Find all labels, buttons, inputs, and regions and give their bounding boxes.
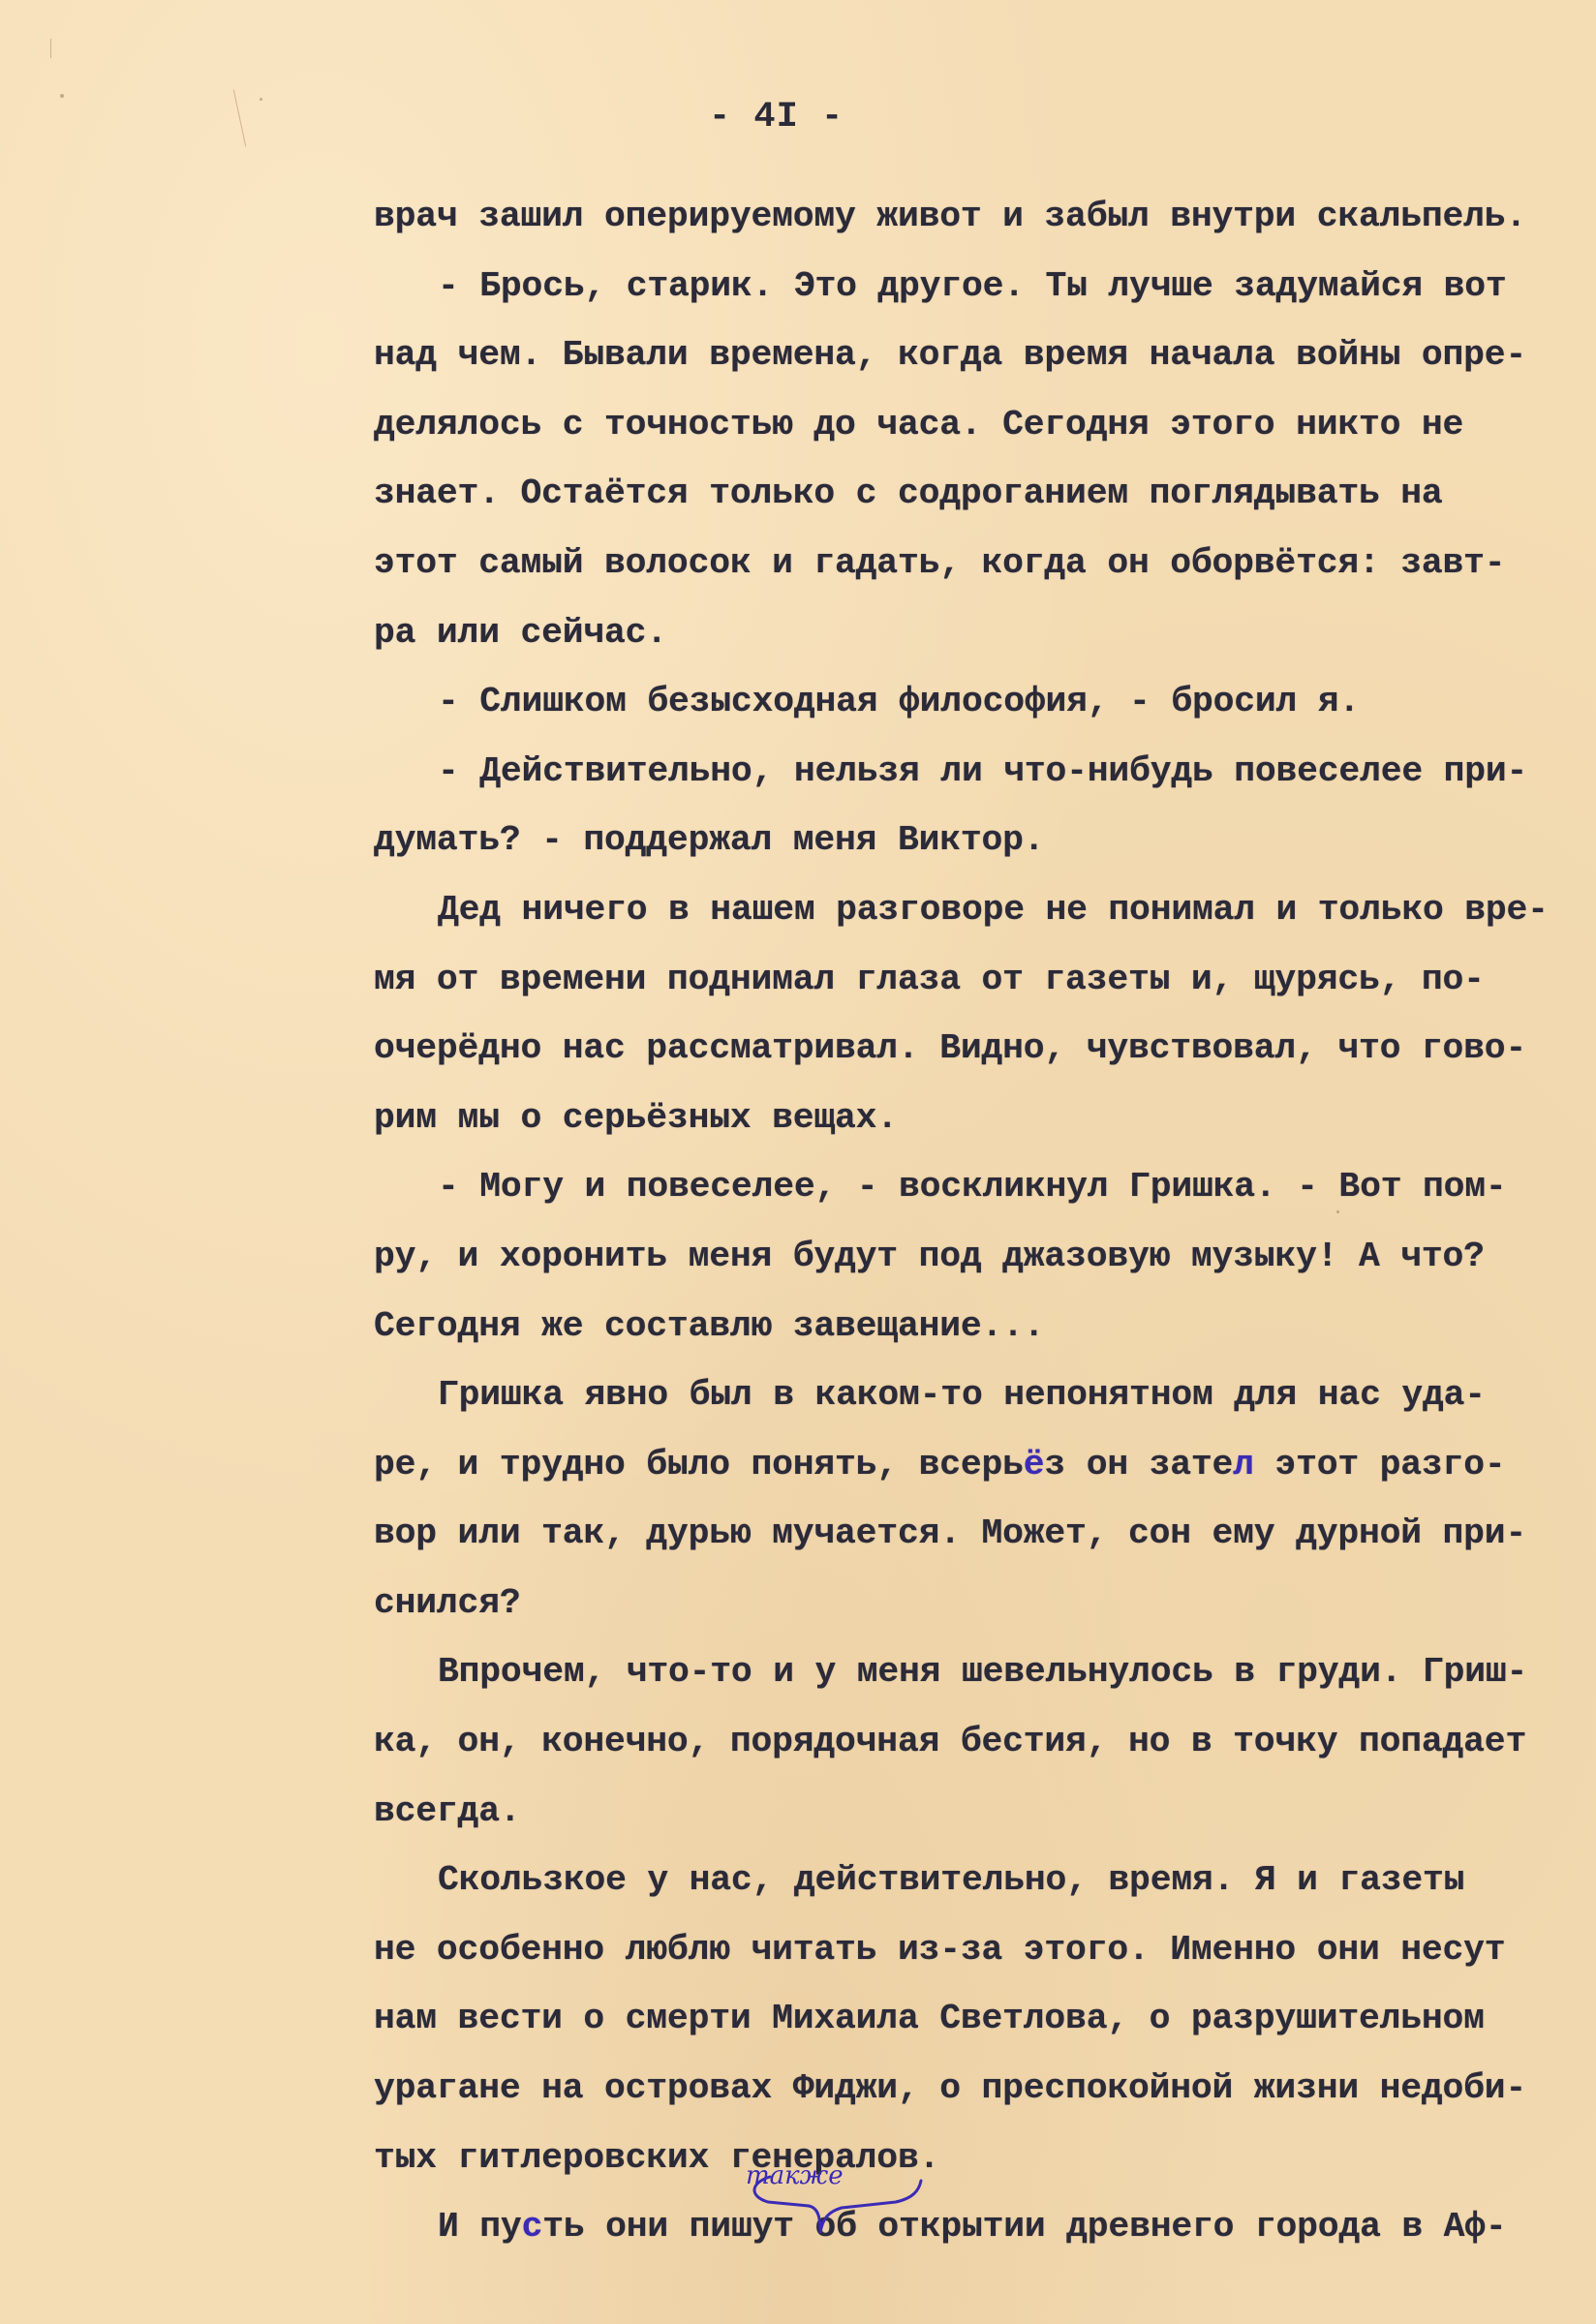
text-line: - Действительно, нельзя ли что-нибудь по…	[374, 737, 1565, 807]
text-line: ру, и хоронить меня будут под джазовую м…	[374, 1222, 1565, 1292]
text-line: тых гитлеровских генералов.	[374, 2124, 1565, 2193]
text-line: урагане на островах Фиджи, о преспокойно…	[374, 2054, 1565, 2124]
text-line: думать? - поддержал меня Виктор.	[374, 806, 1565, 875]
text-line: знает. Остаётся только с содроганием пог…	[374, 459, 1565, 529]
text-line: ка, он, конечно, порядочная бестия, но в…	[374, 1707, 1565, 1777]
text-line: очерёдно нас рассматривал. Видно, чувств…	[374, 1014, 1565, 1084]
text-line: Скользкое у нас, действительно, время. Я…	[374, 1846, 1565, 1915]
paper-scratch	[233, 90, 246, 147]
paper-speck	[1336, 1210, 1339, 1213]
text-line: нам вести о смерти Михаила Светлова, о р…	[374, 1984, 1565, 2054]
text-line: снился?	[374, 1569, 1565, 1638]
pen-correction: ё	[1024, 1445, 1045, 1484]
text-segment: ре, и трудно было понять, всерь	[374, 1445, 1024, 1484]
text-line: ре, и трудно было понять, всерьёз он зат…	[374, 1430, 1565, 1500]
text-segment: з он зате	[1044, 1445, 1233, 1484]
text-line: - Слишком безысходная философия, - броси…	[374, 667, 1565, 737]
paper-speck	[260, 98, 262, 101]
typed-text-body: врач зашил оперируемому живот и забыл вн…	[374, 182, 1565, 2262]
text-line: ра или сейчас.	[374, 598, 1565, 668]
document-page: - 4I - врач зашил оперируемому живот и з…	[0, 0, 1596, 2324]
text-line: не особенно люблю читать из-за этого. Им…	[374, 1915, 1565, 1985]
text-line: всегда.	[374, 1777, 1565, 1847]
text-line: этот самый волосок и гадать, когда он об…	[374, 529, 1565, 598]
paper-scratch	[50, 39, 51, 58]
text-line: Впрочем, что-то и у меня шевельнулось в …	[374, 1637, 1565, 1707]
text-line: Дед ничего в нашем разговоре не понимал …	[374, 875, 1565, 945]
text-line: Гришка явно был в каком-то непонятном дл…	[374, 1361, 1565, 1430]
page-number: - 4I -	[709, 97, 844, 138]
pen-correction: л	[1233, 1445, 1254, 1484]
text-line: над чем. Бывали времена, когда время нач…	[374, 321, 1565, 390]
text-segment: И пу	[438, 2207, 522, 2247]
text-line: мя от времени поднимал глаза от газеты и…	[374, 945, 1565, 1015]
text-line: вор или так, дурью мучается. Может, сон …	[374, 1499, 1565, 1569]
handwritten-insertion: также	[746, 2161, 844, 2190]
text-line: рим мы о серьёзных вещах.	[374, 1084, 1565, 1153]
text-line: делялось с точностью до часа. Сегодня эт…	[374, 390, 1565, 460]
text-segment: ть они пишут об открытии древнего города…	[542, 2207, 1506, 2247]
text-line: - Брось, старик. Это другое. Ты лучше за…	[374, 252, 1565, 321]
text-segment: этот разго-	[1254, 1445, 1506, 1484]
text-line: врач зашил оперируемому живот и забыл вн…	[374, 182, 1565, 252]
text-line: - Могу и повеселее, - воскликнул Гришка.…	[374, 1152, 1565, 1222]
text-line: И пусть они пишут об открытии древнего г…	[374, 2192, 1565, 2262]
text-line: Сегодня же составлю завещание...	[374, 1292, 1565, 1361]
paper-speck	[60, 94, 64, 98]
pen-correction: с	[522, 2207, 543, 2247]
